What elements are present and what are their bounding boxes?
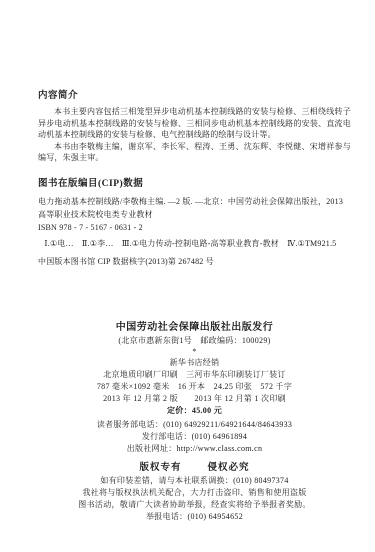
publisher-website: 出版社网址：http://www.class.com.cn — [38, 443, 351, 455]
misprint-exchange-line: 如有印装差错，请与本社联系调换：(010) 80497374 — [38, 475, 351, 487]
copyright-notice-left: 版权专有 — [139, 463, 181, 473]
intro-paragraph-2: 本书由李敬梅主编，谢京军、李长军、程涛、王勇、沈东辉、李悦健、宋增祥参与编写，朱… — [38, 141, 351, 164]
cip-record: 中国版本图书馆 CIP 数据核字(2013)第 267482 号 — [38, 256, 351, 267]
format-line: 787 毫米×1092 毫米 16 开本 24.25 印张 572 千字 — [38, 381, 351, 393]
intro-heading: 内容简介 — [38, 90, 351, 102]
copyright-notice-right: 侵权必究 — [208, 463, 250, 473]
anti-piracy-line-2: 图书活动，敬请广大读者协助举报，经查实将给予举报者奖励。 — [38, 499, 351, 511]
cip-classification: Ⅰ.①电… Ⅱ.①李… Ⅲ.①电力传动-控制电路-高等职业教育-教材 Ⅳ.①TM… — [38, 238, 351, 249]
page-content: 内容简介 本书主要内容包括三相笼型异步电动机基本控制线路的安装与检修、三相绕线转… — [0, 0, 375, 523]
intro-section: 内容简介 本书主要内容包括三相笼型异步电动机基本控制线路的安装与检修、三相绕线转… — [38, 90, 351, 164]
cip-section: 图书在版编目(CIP)数据 电力拖动基本控制线路/李敬梅主编. —2 版. —北… — [38, 178, 351, 267]
reader-service-phone: 读者服务部电话：(010) 64929211/64921644/84643933 — [38, 419, 351, 431]
distributor-line: 新华书店经销 — [38, 357, 351, 369]
publisher-line: 中国劳动社会保障出版社出版发行 — [38, 321, 351, 335]
edition-line: 2013 年 12 月第 2 版 2013 年 12 月第 1 次印刷 — [38, 393, 351, 405]
cip-heading: 图书在版编目(CIP)数据 — [38, 178, 351, 190]
copyright-notice: 版权专有侵权必究 — [38, 461, 351, 475]
anti-piracy-line-1: 我社将与版权执法机关配合，大力打击盗印、销售和使用盗版 — [38, 487, 351, 499]
cip-title-line: 电力拖动基本控制线路/李敬梅主编. —2 版. —北京：中国劳动社会保障出版社，… — [38, 196, 351, 207]
distribution-phone: 发行部电话：(010) 64961894 — [38, 431, 351, 443]
cip-isbn: ISBN 978 - 7 - 5167 - 0631 - 2 — [38, 222, 351, 233]
intro-paragraph-1: 本书主要内容包括三相笼型异步电动机基本控制线路的安装与检修、三相绕线转子异步电动… — [38, 106, 351, 141]
cip-series-line: 高等职业技术院校电类专业教材 — [38, 209, 351, 220]
publisher-address: (北京市惠新东街1号 邮政编码：100029) — [38, 335, 351, 347]
printer-line: 北京地质印刷厂印刷 三河市华东印刷装订厂装订 — [38, 369, 351, 381]
price-line: 定价：45.00 元 — [38, 405, 351, 417]
book-copyright-page: 内容简介 本书主要内容包括三相笼型异步电动机基本控制线路的安装与检修、三相绕线转… — [0, 0, 375, 552]
report-phone: 举报电话：(010) 64954652 — [38, 511, 351, 523]
copyright-section: 版权专有侵权必究 如有印装差错，请与本社联系调换：(010) 80497374 … — [38, 461, 351, 523]
publishing-section: 中国劳动社会保障出版社出版发行 (北京市惠新东街1号 邮政编码：100029) … — [38, 321, 351, 455]
separator-star: * — [38, 347, 351, 357]
